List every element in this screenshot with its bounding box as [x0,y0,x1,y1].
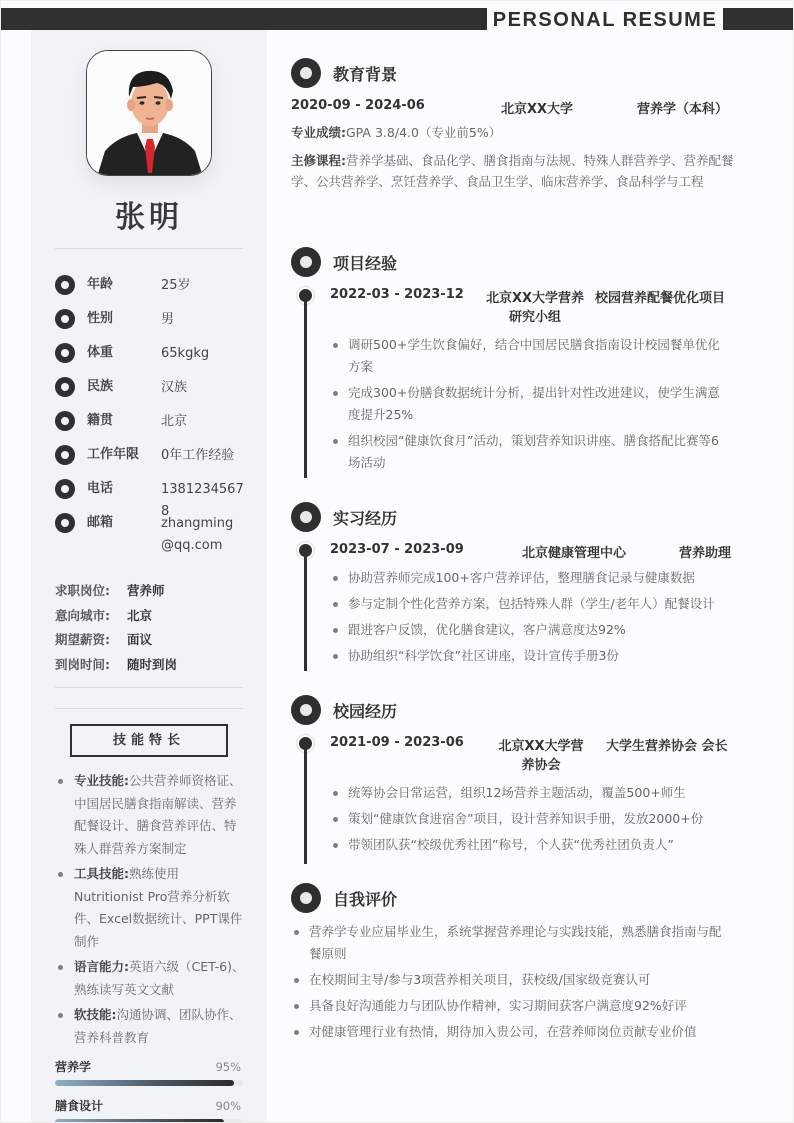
header-bar-right [723,8,793,30]
entry-period: 2022-03 - 2023-12 [330,287,464,302]
project-bullets: 调研500+学生饮食偏好，结合中国居民膳食指南设计校园餐单优化方案 完成300+… [330,334,730,478]
education-major: 营养学（本科） [637,98,728,117]
divider [55,248,243,249]
campus-entry-header: 2021-09 - 2023-06 北京XX大学营养协会 大学生营养协会 会长 [330,735,736,775]
job-value: 随时到岗 [127,657,177,672]
timeline-line [304,296,307,478]
resume-page: PERSONAL RESUME [1,1,793,1122]
info-row-weight: 体重 65kgkg [55,343,245,363]
gpa-value: GPA 3.8/4.0（专业前5%） [346,125,501,140]
job-label: 到岗时间: [55,656,127,674]
section-title: 项目经验 [333,251,397,274]
project-entry-header: 2022-03 - 2023-12 北京XX大学营养研究小组 校园营养配餐优化项… [330,287,736,327]
gpa-label: 专业成绩: [291,125,346,140]
courses-label: 主修课程: [291,153,346,168]
skills-heading: 技能特长 [70,724,228,757]
info-row-phone: 电话 13812345678 [55,479,245,499]
internship-entry-header: 2023-07 - 2023-09 北京健康管理中心 营养助理 [330,542,736,562]
info-row-age: 年龄 25岁 [55,275,245,295]
bullet-item: 在校期间主导/参与3项营养相关项目，获校级/国家级竞赛认可 [291,969,731,991]
skill-bar-percent: 95% [215,1060,241,1074]
divider [55,687,243,688]
info-label: 籍贯 [87,411,161,431]
entry-org: 北京健康管理中心 [522,542,626,561]
bullet-item: 带领团队获“校级优秀社团”称号，个人获“优秀社团负责人” [330,834,730,856]
section-ring-icon [291,247,321,277]
job-label: 意向城市: [55,607,127,625]
skill-bar-label: 膳食设计 [55,1097,103,1114]
education-period: 2020-09 - 2024-06 [291,98,425,113]
entry-period: 2023-07 - 2023-09 [330,542,464,557]
section-heading-projects: 项目经验 [291,247,397,277]
info-label: 体重 [87,343,161,363]
info-label: 性别 [87,309,161,329]
section-ring-icon [291,502,321,532]
bullet-item: 跟进客户反馈，优化膳食建议，客户满意度达92% [330,619,730,641]
info-row-hometown: 籍贯 北京 [55,411,245,431]
entry-org: 北京XX大学营养协会 [495,735,587,773]
info-value: 0年工作经验 [161,445,245,467]
info-row-email: 邮箱 zhangming@qq.com [55,513,245,533]
job-row-city: 意向城市:北京 [55,607,152,625]
skill-label: 专业技能: [74,773,129,788]
bullet-item: 协助组织“科学饮食”社区讲座，设计宣传手册3份 [330,645,730,667]
bullet-item: 调研500+学生饮食偏好，结合中国居民膳食指南设计校园餐单优化方案 [330,334,730,378]
job-value: 营养师 [127,583,165,598]
section-ring-icon [291,58,321,88]
bullet-item: 策划“健康饮食进宿舍”项目，设计营养知识手册，发放2000+份 [330,808,730,830]
job-row-availability: 到岗时间:随时到岗 [55,656,177,674]
skill-item: 工具技能:熟练使用Nutritionist Pro营养分析软件、Excel数据统… [55,863,245,953]
section-title: 校园经历 [333,699,397,722]
avatar [86,50,212,176]
candidate-name: 张明 [31,192,267,236]
header-title: PERSONAL RESUME [487,6,723,34]
ring-bullet-icon [55,309,75,329]
campus-bullets: 统筹协会日常运营，组织12场营养主题活动，覆盖500+师生 策划“健康饮食进宿舍… [330,782,730,860]
ring-bullet-icon [55,377,75,397]
section-ring-icon [291,883,321,913]
skill-bar-fill [55,1119,224,1122]
entry-period: 2021-09 - 2023-06 [330,735,464,750]
skill-bar-track [55,1080,243,1086]
skill-label: 工具技能: [74,866,129,881]
job-value: 面议 [127,632,152,647]
job-label: 期望薪资: [55,631,127,649]
info-label: 工作年限 [87,445,161,465]
info-value: 65kgkg [161,343,245,365]
info-label: 年龄 [87,275,161,295]
bullet-item: 协助营养师完成100+客户营养评估，整理膳食记录与健康数据 [330,567,730,589]
section-heading-campus: 校园经历 [291,695,397,725]
ring-bullet-icon [55,343,75,363]
avatar-illustration-icon [87,51,212,176]
job-label: 求职岗位: [55,582,127,600]
info-value: zhangming@qq.com [161,513,245,557]
courses-value: 营养学基础、食品化学、膳食指南与法规、特殊人群营养学、营养配餐学、公共营养学、烹… [291,153,734,189]
job-row-salary: 期望薪资:面议 [55,631,152,649]
skill-list: 专业技能:公共营养师资格证、中国居民膳食指南解读、营养配餐设计、膳食营养评估、特… [55,770,245,1052]
ring-bullet-icon [55,275,75,295]
divider [55,708,243,709]
entry-org: 北京XX大学营养研究小组 [485,287,585,325]
info-row-gender: 性别 男 [55,309,245,329]
skill-item: 语言能力:英语六级（CET-6)、熟练读写英文文献 [55,956,245,1001]
entry-role: 营养助理 [679,542,731,561]
skill-bar-label: 营养学 [55,1058,91,1075]
section-title: 自我评价 [333,887,397,910]
section-title: 教育背景 [333,62,397,85]
ring-bullet-icon [55,513,75,533]
timeline-line [304,744,307,864]
info-value: 男 [161,309,245,331]
ring-bullet-icon [55,445,75,465]
bullet-item: 具备良好沟通能力与团队协作精神，实习期间获客户满意度92%好评 [291,995,731,1017]
skill-bar-fill [55,1080,234,1086]
skill-item: 软技能:沟通协调、团队协作、营养科普教育 [55,1004,245,1049]
info-value: 汉族 [161,377,245,399]
job-value: 北京 [127,608,152,623]
timeline-line [304,551,307,671]
bullet-item: 对健康管理行业有热情，期待加入贵公司，在营养师岗位贡献专业价值 [291,1021,731,1043]
info-row-ethnicity: 民族 汉族 [55,377,245,397]
section-ring-icon [291,695,321,725]
ring-bullet-icon [55,411,75,431]
skill-label: 软技能: [74,1007,117,1022]
bullet-item: 统筹协会日常运营，组织12场营养主题活动，覆盖500+师生 [330,782,730,804]
info-label: 邮箱 [87,513,161,533]
section-title: 实习经历 [333,506,397,529]
info-label: 电话 [87,479,161,499]
internship-bullets: 协助营养师完成100+客户营养评估，整理膳食记录与健康数据 参与定制个性化营养方… [330,567,730,671]
education-courses: 主修课程:营养学基础、食品化学、膳食指南与法规、特殊人群营养学、营养配餐学、公共… [291,151,736,192]
info-value: 北京 [161,411,245,433]
bullet-item: 营养学专业应届毕业生，系统掌握营养理论与实践技能，熟悉膳食指南与配餐原则 [291,921,731,965]
education-school: 北京XX大学 [501,98,573,117]
entry-role: 大学生营养协会 会长 [606,735,728,754]
entry-role: 校园营养配餐优化项目 [595,287,725,306]
skill-label: 语言能力: [74,959,129,974]
bullet-item: 参与定制个性化营养方案，包括特殊人群（学生/老年人）配餐设计 [330,593,730,615]
job-row-position: 求职岗位:营养师 [55,582,165,600]
self-evaluation-bullets: 营养学专业应届毕业生，系统掌握营养理论与实践技能，熟悉膳食指南与配餐原则 在校期… [291,921,731,1047]
skill-bar-percent: 90% [215,1099,241,1113]
skill-item: 专业技能:公共营养师资格证、中国居民膳食指南解读、营养配餐设计、膳食营养评估、特… [55,770,245,860]
section-heading-education: 教育背景 [291,58,397,88]
skill-bar-track [55,1119,243,1122]
section-heading-self: 自我评价 [291,883,397,913]
section-heading-internship: 实习经历 [291,502,397,532]
sidebar: 张明 年龄 25岁 性别 男 体重 65kgkg 民族 汉族 籍贯 北京 [31,30,267,1122]
ring-bullet-icon [55,479,75,499]
info-label: 民族 [87,377,161,397]
header-bar-left [1,8,487,30]
bullet-item: 完成300+份膳食数据统计分析，提出针对性改进建议，使学生满意度提升25% [330,382,730,426]
education-gpa: 专业成绩:GPA 3.8/4.0（专业前5%） [291,123,736,144]
bullet-item: 组织校园“健康饮食月”活动，策划营养知识讲座、膳食搭配比赛等6场活动 [330,430,730,474]
info-row-experience: 工作年限 0年工作经验 [55,445,245,465]
info-value: 25岁 [161,275,245,297]
